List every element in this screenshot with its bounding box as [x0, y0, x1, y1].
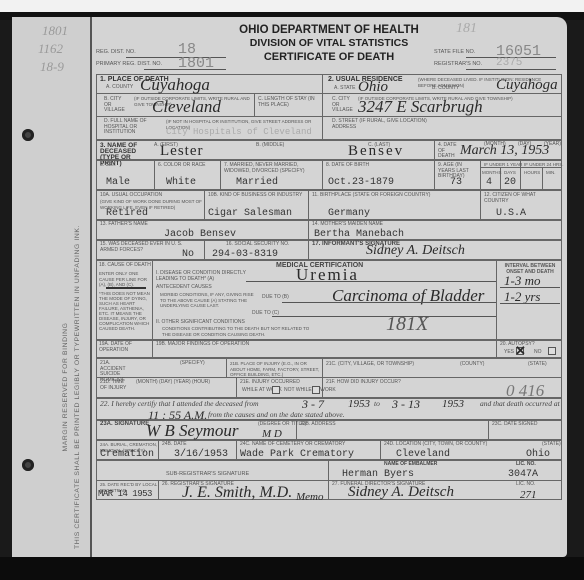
divider — [380, 440, 381, 460]
attended-from-year: 1953 — [348, 398, 370, 410]
pod-hospital-value: City Hospitals of Cleveland — [166, 127, 312, 137]
not-at-work-checkbox[interactable] — [312, 386, 320, 394]
attestation-text-c: from the causes and on the date stated a… — [208, 410, 345, 419]
pod-county-value: Cuyahoga — [140, 75, 210, 95]
mother-label: 14. MOTHER'S MAIDEN NAME — [312, 222, 383, 228]
other-conditions-note: Conditions contributing to the death but… — [162, 326, 312, 337]
registrar-signature-memo: Memo — [296, 491, 324, 503]
birth-date-label: 8. DATE OF BIRTH — [326, 163, 369, 169]
burial-location-label: 24d. LOCATION (City, town, or county) — [384, 442, 487, 448]
division-title: DIVISION OF VITAL STATISTICS — [96, 37, 562, 49]
cause-code: 181X — [386, 313, 428, 336]
funeral-lic-label: LIC. NO. — [516, 482, 535, 488]
informant-signature: Sidney A. Deitsch — [366, 243, 465, 259]
burial-state-label: (State) — [542, 442, 561, 448]
first-name-value: Lester — [160, 143, 203, 160]
operation-date-label: 19a. DATE OF OPERATION — [99, 342, 151, 353]
marital-value: Married — [236, 177, 278, 188]
armed-forces-label: 15. WAS DECEASED EVER IN U. S. ARMED FOR… — [100, 242, 190, 253]
margin-ink-text: THIS CERTIFICATE SHALL BE PRINTED LEGIBL… — [72, 187, 84, 580]
autopsy-no-checkbox[interactable] — [548, 347, 556, 355]
divider — [434, 140, 435, 160]
divider — [496, 260, 497, 340]
injury-time-label: 21d. TIME OF INJURY — [100, 380, 130, 391]
margin-rule — [90, 17, 92, 557]
divider — [322, 160, 323, 190]
pod-hospital-label: d. FULL NAME OF HOSPITAL OR INSTITUTION — [104, 119, 164, 136]
underline — [500, 303, 560, 304]
sub-registrar-label: Sub-Registrar's Signature — [166, 472, 249, 478]
margin-instructions: MARGIN RESERVED FOR BINDING THIS CERTIFI… — [60, 187, 84, 580]
burial-value: Cremation — [100, 449, 154, 460]
reg-dist-label: Reg. Dist. No. — [96, 50, 136, 56]
margin-note: 18-9 — [40, 59, 64, 75]
sex-label: 5. SEX — [100, 163, 116, 169]
divider — [220, 160, 221, 190]
department-title: OHIO DEPARTMENT OF HEALTH — [96, 24, 562, 37]
not-at-work-label: Not While at Work — [284, 388, 336, 394]
divider — [236, 440, 237, 460]
degree-label: (Degree or title) — [258, 422, 306, 428]
business-label: 10b. KIND OF BUSINESS OR INDUSTRY — [208, 193, 306, 199]
res-city-label: c. CITY OR VILLAGE — [332, 97, 352, 114]
burial-date-value: 3/16/1953 — [174, 449, 228, 460]
divider — [154, 160, 155, 190]
age-years-value: 73 — [450, 177, 462, 188]
binding-hole-icon — [22, 459, 34, 471]
binding-hole-icon — [22, 129, 34, 141]
date-of-death-value: March 13, 1953 — [460, 143, 549, 159]
res-state-value: Ohio — [358, 79, 388, 96]
days-label: Days — [504, 170, 516, 176]
autopsy-no-label: No — [534, 350, 542, 356]
middle-name-label: b. (Middle) — [256, 143, 284, 149]
embalmer-lic-label: LIC. NO. — [516, 462, 536, 468]
last-name-value: Bensev — [348, 143, 404, 160]
divider — [480, 160, 481, 190]
attended-to-year: 1953 — [442, 398, 464, 410]
age-months-value: 4 — [486, 177, 492, 188]
pod-city-label: b. CITY OR VILLAGE — [104, 97, 130, 114]
due-to-b-label: DUE TO (b) — [262, 295, 289, 301]
divider — [106, 287, 146, 289]
cause-of-death-label: 18. CAUSE OF DEATH — [99, 263, 151, 269]
cause-line-a-value: Uremia — [296, 265, 359, 285]
antecedent-note: Morbid conditions, if any, giving rise t… — [160, 292, 260, 309]
specify-label: (Specify) — [180, 361, 205, 367]
divider — [204, 190, 205, 220]
cause-line-a-label: I. DISEASE OR CONDITION DIRECTLY LEADING… — [156, 271, 258, 282]
injury-county-label: (COUNTY) — [460, 362, 484, 368]
registrar-signature: J. E. Smith, M.D. — [182, 484, 292, 502]
race-label: 6. COLOR OR RACE — [158, 163, 206, 169]
res-city-value: 3247 E Scarbrugh — [358, 97, 483, 117]
divider — [152, 340, 153, 358]
citizen-value: U.S.A — [496, 208, 526, 219]
address-label: 23b. ADDRESS — [300, 422, 336, 428]
binding-margin: 1801 1162 18-9 MARGIN RESERVED FOR BINDI… — [12, 17, 90, 557]
attestation-text-a: 22. I hereby certify that I attended the… — [100, 399, 259, 408]
margin-binding-text: MARGIN RESERVED FOR BINDING — [60, 187, 72, 580]
burial-state-value: Ohio — [526, 449, 550, 460]
hours-label: Hours — [524, 170, 540, 176]
registrar-no-value: 2375 — [496, 57, 522, 69]
injury-state-label: (STATE) — [528, 362, 547, 368]
attended-to-date: 3 - 13 — [392, 397, 420, 412]
divider — [226, 358, 227, 377]
margin-note: 1801 — [42, 23, 68, 39]
operation-findings-label: 19b. MAJOR FINDINGS OF OPERATION — [156, 342, 249, 348]
registrar-no-label: Registrar's No. — [434, 62, 482, 68]
cause-note: *This does not mean the mode of dying, s… — [99, 291, 151, 331]
res-street-label: d. STREET (If rural, give location) ADDR… — [332, 119, 452, 130]
divider — [480, 190, 481, 220]
embalmer-lic-value: 3047A — [508, 469, 538, 480]
injury-location-label: 21c. (CITY, VILLAGE, OR TOWNSHIP) — [326, 362, 414, 368]
underline — [246, 281, 496, 282]
funeral-lic-value: 271 — [520, 489, 537, 501]
injury-how-label: 21f. HOW DID INJURY OCCUR? — [326, 380, 401, 386]
sex-value: Male — [106, 177, 130, 188]
burial-date-label: 24b. DATE — [162, 442, 187, 448]
cemetery-label: 24c. NAME OF CEMETERY OR CREMATORY — [240, 442, 345, 448]
divider — [96, 377, 562, 378]
birthplace-label: 11. BIRTHPLACE (State or foreign country… — [312, 193, 430, 199]
date-signed-label: 23c. DATE SIGNED — [492, 422, 537, 428]
father-value: Jacob Bensev — [164, 229, 236, 240]
cemetery-value: Wade Park Crematory — [240, 449, 354, 460]
margin-note: 1162 — [38, 41, 63, 57]
divider — [158, 480, 159, 500]
rec-date-stamp: MAR 14 1953 — [98, 489, 152, 499]
attended-to-label: to — [374, 399, 380, 408]
primary-reg-value: 1801 — [178, 55, 214, 72]
injury-place-label: 21b. PLACE OF INJURY (e.g., in or about … — [230, 361, 320, 378]
mother-value: Bertha Manebach — [314, 229, 404, 240]
injury-time-columns: (Month) (Day) (Year) (Hour) — [136, 380, 210, 386]
cause-line-b-value: Carcinoma of Bladder — [332, 286, 484, 306]
res-state-label: a. STATE — [334, 86, 355, 92]
divider — [204, 240, 205, 260]
underline — [272, 316, 496, 317]
check-mark-icon: ✕ — [515, 343, 526, 359]
divider — [434, 160, 435, 190]
pod-county-label: a. COUNTY — [106, 85, 133, 91]
min-label: Min. — [546, 170, 556, 176]
divider — [308, 190, 309, 220]
divider — [236, 377, 237, 398]
res-county-value: Cuyahoga — [496, 77, 558, 94]
father-label: 13. FATHER'S NAME — [100, 222, 148, 228]
divider — [308, 220, 309, 240]
scan-top-strip — [0, 0, 584, 12]
state-file-label: State File No. — [434, 50, 475, 56]
signature-label: 23a. SIGNATURE — [100, 422, 149, 428]
ssn-label: 16. SOCIAL SECURITY NO. — [226, 242, 289, 248]
divider — [152, 260, 153, 340]
autopsy-yes-label: Yes — [504, 350, 514, 356]
res-county-label: b. COUNTY — [432, 86, 459, 92]
occupation-label: 10a. USUAL OCCUPATION — [100, 193, 162, 199]
date-of-death-label: 4. DATE OF DEATH — [438, 143, 460, 160]
underline — [282, 302, 496, 303]
ssn-value: 294-03-8319 — [212, 249, 278, 260]
degree-value: M D — [262, 428, 282, 440]
age-days-value: 20 — [504, 177, 516, 188]
funeral-director-signature: Sidney A. Deitsch — [348, 484, 454, 501]
divider — [542, 167, 543, 190]
birthplace-value: Germany — [328, 208, 370, 219]
burial-city-value: Cleveland — [396, 449, 450, 460]
underline — [466, 69, 556, 70]
marital-label: 7. MARRIED, NEVER MARRIED, WIDOWED, DIVO… — [224, 163, 320, 174]
pod-stay-label: c. LENGTH OF STAY (in this place) — [258, 97, 318, 108]
under-1-year-label: If under 1 Year — [484, 162, 522, 168]
race-value: White — [166, 177, 196, 188]
divider — [496, 340, 497, 358]
primary-reg-label: Primary Reg. Dist. No. — [96, 62, 162, 68]
scan-border-bottom — [0, 557, 584, 580]
death-certificate: 1801 1162 18-9 MARGIN RESERVED FOR BINDI… — [12, 17, 567, 557]
while-at-work-checkbox[interactable] — [272, 386, 280, 394]
business-value: Cigar Salesman — [208, 208, 292, 219]
other-conditions-label: II. OTHER SIGNIFICANT CONDITIONS — [156, 320, 245, 326]
under-24-hrs-label: If Under 24 Hrs. — [524, 162, 564, 168]
occupation-value: Retired — [106, 208, 148, 219]
cause-instruction: Enter only one cause per line for (a), (… — [99, 271, 151, 288]
birth-date-value: Oct.23-1879 — [328, 177, 394, 188]
divider — [322, 74, 323, 140]
underline — [500, 287, 560, 288]
divider — [254, 93, 255, 116]
divider — [158, 440, 159, 460]
embalmer-value: Herman Byers — [342, 469, 414, 480]
physician-signature: W B Seymour — [146, 421, 239, 441]
embalmer-label: NAME OF EMBALMER — [384, 462, 437, 468]
citizen-label: 12. CITIZEN OF WHAT COUNTRY — [484, 193, 560, 204]
attestation-text-b: and that death occurred at — [480, 399, 560, 408]
injury-occurred-label: 21e. INJURY OCCURRED — [240, 380, 300, 386]
armed-forces-value: No — [182, 249, 194, 260]
corner-mark: 181 — [456, 21, 477, 37]
divider — [308, 240, 309, 260]
pod-city-value: Cleveland — [152, 97, 221, 117]
divider — [488, 420, 489, 440]
certificate-form: OHIO DEPARTMENT OF HEALTH DIVISION OF VI… — [96, 17, 562, 557]
antecedent-label: ANTECEDENT CAUSES — [156, 285, 212, 291]
months-label: Months — [482, 170, 502, 176]
